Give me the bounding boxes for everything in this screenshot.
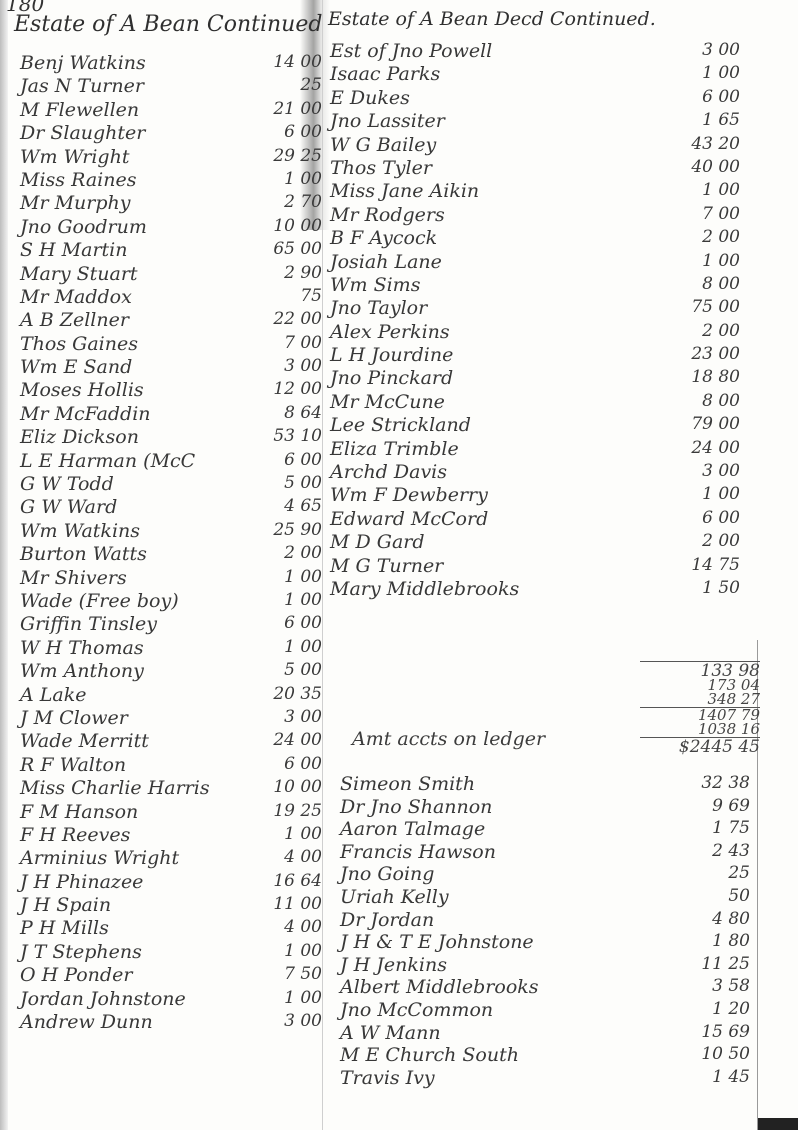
entry-amount: 1 00 bbox=[650, 484, 740, 504]
entry-name: L H Jourdine bbox=[330, 344, 453, 366]
entry-name: A W Mann bbox=[340, 1022, 441, 1044]
ledger-entry: Miss Raines1 00 bbox=[20, 169, 300, 192]
ledger-entry: Eliza Trimble24 00 bbox=[330, 438, 760, 461]
entry-amount: 19 25 bbox=[242, 801, 322, 821]
ledger-entry: Mr Maddox75 bbox=[20, 286, 300, 309]
entry-name: Uriah Kelly bbox=[340, 886, 449, 908]
ledger-entry: G W Todd5 00 bbox=[20, 473, 300, 496]
entry-name: Wm Anthony bbox=[20, 660, 144, 682]
ledger-entry: Miss Jane Aikin1 00 bbox=[330, 180, 760, 203]
entry-name: Miss Jane Aikin bbox=[330, 180, 479, 202]
entry-amount: 4 00 bbox=[242, 847, 322, 867]
entry-amount: 14 75 bbox=[650, 555, 740, 575]
ledger-amount: 1038 16 bbox=[640, 723, 760, 737]
entry-amount: 25 bbox=[242, 75, 322, 95]
ledger-entry: Mr Rodgers7 00 bbox=[330, 204, 760, 227]
entry-name: Est of Jno Powell bbox=[330, 40, 492, 62]
ledger-entry: Aaron Talmage1 75 bbox=[340, 818, 760, 841]
ledger-entry: J M Clower3 00 bbox=[20, 707, 300, 730]
entry-name: Dr Jno Shannon bbox=[340, 796, 492, 818]
ledger-entry: A W Mann15 69 bbox=[340, 1022, 760, 1045]
entry-amount: 8 64 bbox=[242, 403, 322, 423]
entry-amount: 24 00 bbox=[242, 730, 322, 750]
ledger-entry: F H Reeves1 00 bbox=[20, 824, 300, 847]
entry-amount: 22 00 bbox=[242, 309, 322, 329]
entry-name: O H Ponder bbox=[20, 964, 132, 986]
ledger-entry: G W Ward4 65 bbox=[20, 496, 300, 519]
ledger-entry: Thos Gaines7 00 bbox=[20, 333, 300, 356]
entry-amount: 6 00 bbox=[650, 508, 740, 528]
entry-amount: 1 00 bbox=[650, 180, 740, 200]
ledger-entry: R F Walton6 00 bbox=[20, 754, 300, 777]
ledger-entry: Wm Watkins25 90 bbox=[20, 520, 300, 543]
ledger-entry: Josiah Lane1 00 bbox=[330, 251, 760, 274]
entry-amount: 3 00 bbox=[242, 1011, 322, 1031]
entry-amount: 7 00 bbox=[242, 333, 322, 353]
entry-name: Thos Tyler bbox=[330, 157, 432, 179]
entry-amount: 16 64 bbox=[242, 871, 322, 891]
entry-amount: 20 35 bbox=[242, 684, 322, 704]
ledger-entry: Jno McCommon1 20 bbox=[340, 999, 760, 1022]
entry-name: Albert Middlebrooks bbox=[340, 976, 539, 998]
entry-name: J H Phinazee bbox=[20, 871, 143, 893]
entry-name: M E Church South bbox=[340, 1044, 519, 1066]
entry-amount: 2 00 bbox=[650, 321, 740, 341]
entry-name: Moses Hollis bbox=[20, 379, 144, 401]
entry-name: Wm Watkins bbox=[20, 520, 140, 542]
ledger-entry: Travis Ivy1 45 bbox=[340, 1067, 760, 1090]
entry-name: Mary Stuart bbox=[20, 263, 138, 285]
entry-name: R F Walton bbox=[20, 754, 126, 776]
entry-amount: 15 69 bbox=[660, 1022, 750, 1042]
entry-name: A Lake bbox=[20, 684, 86, 706]
entry-amount: 2 00 bbox=[650, 531, 740, 551]
entry-amount: 5 00 bbox=[242, 660, 322, 680]
ledger-entry: Jno Lassiter1 65 bbox=[330, 110, 760, 133]
ledger-entry: Wade (Free boy)1 00 bbox=[20, 590, 300, 613]
entry-amount: 4 00 bbox=[242, 917, 322, 937]
entry-amount: 2 70 bbox=[242, 192, 322, 212]
entry-name: Archd Davis bbox=[330, 461, 447, 483]
entry-amount: 14 00 bbox=[242, 52, 322, 72]
entry-amount: 3 00 bbox=[242, 356, 322, 376]
ledger-entry: L E Harman (McC6 00 bbox=[20, 450, 300, 473]
entry-name: Josiah Lane bbox=[330, 251, 442, 273]
ledger-entry: Mr Shivers1 00 bbox=[20, 567, 300, 590]
entry-amount: 1 00 bbox=[650, 63, 740, 83]
ledger-entry: E Dukes6 00 bbox=[330, 87, 760, 110]
entry-amount: 40 00 bbox=[650, 157, 740, 177]
entry-name: J M Clower bbox=[20, 707, 128, 729]
ledger-page: 180 Estate of A Bean Continued Estate of… bbox=[0, 0, 798, 1130]
entry-name: Wm F Dewberry bbox=[330, 484, 488, 506]
entry-name: Jno Goodrum bbox=[20, 216, 147, 238]
entry-amount: 8 00 bbox=[650, 391, 740, 411]
ledger-entry: Mr McFaddin8 64 bbox=[20, 403, 300, 426]
ledger-entry: Est of Jno Powell3 00 bbox=[330, 40, 760, 63]
entry-amount: 1 00 bbox=[242, 988, 322, 1008]
entry-name: P H Mills bbox=[20, 917, 109, 939]
entry-amount: 65 00 bbox=[242, 239, 322, 259]
ledger-entry: Miss Charlie Harris10 00 bbox=[20, 777, 300, 800]
entry-name: Wm E Sand bbox=[20, 356, 132, 378]
ledger-entry: Thos Tyler40 00 bbox=[330, 157, 760, 180]
entry-amount: 2 00 bbox=[242, 543, 322, 563]
subtotal-line: 348 27 bbox=[640, 693, 760, 707]
entry-amount: 75 bbox=[242, 286, 322, 306]
ledger-entry: M G Turner14 75 bbox=[330, 555, 760, 578]
entry-name: Alex Perkins bbox=[330, 321, 450, 343]
ledger-entry: Dr Jordan4 80 bbox=[340, 909, 760, 932]
scan-shadow bbox=[758, 1118, 798, 1130]
ledger-entry: F M Hanson19 25 bbox=[20, 801, 300, 824]
entry-amount: 11 00 bbox=[242, 894, 322, 914]
right-entries-after-total: Simeon Smith32 38Dr Jno Shannon9 69Aaron… bbox=[340, 773, 760, 1089]
ledger-entry: Jordan Johnstone1 00 bbox=[20, 988, 300, 1011]
entry-amount: 12 00 bbox=[242, 379, 322, 399]
entry-name: Jordan Johnstone bbox=[20, 988, 186, 1010]
ledger-entry: W G Bailey43 20 bbox=[330, 134, 760, 157]
ledger-entry: Burton Watts2 00 bbox=[20, 543, 300, 566]
entry-name: J H & T E Johnstone bbox=[340, 931, 534, 953]
ledger-entry: Lee Strickland79 00 bbox=[330, 414, 760, 437]
entry-name: Eliz Dickson bbox=[20, 426, 139, 448]
entry-name: Jno Lassiter bbox=[330, 110, 445, 132]
ledger-entry: Archd Davis3 00 bbox=[330, 461, 760, 484]
ledger-entry: Mary Middlebrooks1 50 bbox=[330, 578, 760, 601]
ledger-entry: Jno Taylor75 00 bbox=[330, 297, 760, 320]
right-heading: Estate of A Bean Decd Continued. bbox=[328, 8, 656, 30]
entry-amount: 1 45 bbox=[660, 1067, 750, 1087]
entry-amount: 1 00 bbox=[242, 941, 322, 961]
entry-amount: 10 00 bbox=[242, 216, 322, 236]
entry-name: Travis Ivy bbox=[340, 1067, 435, 1089]
ledger-entry: B F Aycock2 00 bbox=[330, 227, 760, 250]
entry-amount: 1 00 bbox=[242, 590, 322, 610]
ledger-entry: Edward McCord6 00 bbox=[330, 508, 760, 531]
entry-name: M D Gard bbox=[330, 531, 425, 553]
page-edge bbox=[0, 0, 8, 1130]
ledger-entry: Benj Watkins14 00 bbox=[20, 52, 300, 75]
entry-name: A B Zellner bbox=[20, 309, 129, 331]
entry-amount: 1 00 bbox=[242, 169, 322, 189]
entry-amount: 2 00 bbox=[650, 227, 740, 247]
entry-amount: 79 00 bbox=[650, 414, 740, 434]
entry-amount: 8 00 bbox=[650, 274, 740, 294]
ledger-label: Amt accts on ledger bbox=[352, 728, 545, 750]
ledger-entry: Mr McCune8 00 bbox=[330, 391, 760, 414]
entry-amount: 50 bbox=[660, 886, 750, 906]
ledger-entry: W H Thomas1 00 bbox=[20, 637, 300, 660]
ledger-entry: Jas N Turner25 bbox=[20, 75, 300, 98]
ledger-entry: Mary Stuart2 90 bbox=[20, 263, 300, 286]
ledger-entry: Isaac Parks1 00 bbox=[330, 63, 760, 86]
ledger-entry: M E Church South10 50 bbox=[340, 1044, 760, 1067]
entry-name: W H Thomas bbox=[20, 637, 144, 659]
ledger-entry: A B Zellner22 00 bbox=[20, 309, 300, 332]
ledger-entry: Eliz Dickson53 10 bbox=[20, 426, 300, 449]
entry-amount: 32 38 bbox=[660, 773, 750, 793]
entry-amount: 11 25 bbox=[660, 954, 750, 974]
entry-amount: 6 00 bbox=[242, 613, 322, 633]
ledger-entry: J H & T E Johnstone1 80 bbox=[340, 931, 760, 954]
entry-name: L E Harman (McC bbox=[20, 450, 195, 472]
entry-amount: 1 00 bbox=[242, 824, 322, 844]
ledger-entry: J H Spain11 00 bbox=[20, 894, 300, 917]
entry-amount: 29 25 bbox=[242, 146, 322, 166]
ledger-entry: J H Phinazee16 64 bbox=[20, 871, 300, 894]
entry-name: Burton Watts bbox=[20, 543, 147, 565]
left-entries: Benj Watkins14 00Jas N Turner25M Flewell… bbox=[20, 52, 300, 1034]
left-heading: Estate of A Bean Continued bbox=[14, 12, 322, 37]
ledger-entry: Wade Merritt24 00 bbox=[20, 730, 300, 753]
ledger-entry: Wm F Dewberry1 00 bbox=[330, 484, 760, 507]
entry-name: M Flewellen bbox=[20, 99, 139, 121]
entry-name: G W Todd bbox=[20, 473, 114, 495]
ledger-entry: Alex Perkins2 00 bbox=[330, 321, 760, 344]
entry-name: Wade (Free boy) bbox=[20, 590, 179, 612]
entry-amount: 1 80 bbox=[660, 931, 750, 951]
grand-total: $2445 45 bbox=[640, 739, 760, 755]
ledger-entry: P H Mills4 00 bbox=[20, 917, 300, 940]
entry-name: Dr Jordan bbox=[340, 909, 434, 931]
entry-amount: 1 00 bbox=[242, 567, 322, 587]
entry-amount: 6 00 bbox=[650, 87, 740, 107]
entry-amount: 4 65 bbox=[242, 496, 322, 516]
entry-amount: 25 90 bbox=[242, 520, 322, 540]
ledger-entry: Dr Slaughter6 00 bbox=[20, 122, 300, 145]
ledger-entry: Jno Goodrum10 00 bbox=[20, 216, 300, 239]
entry-amount: 3 00 bbox=[650, 461, 740, 481]
entry-amount: 24 00 bbox=[650, 438, 740, 458]
entry-name: Isaac Parks bbox=[330, 63, 440, 85]
entry-amount: 1 50 bbox=[650, 578, 740, 598]
entry-amount: 18 80 bbox=[650, 367, 740, 387]
ledger-entry: M Flewellen21 00 bbox=[20, 99, 300, 122]
entry-name: W G Bailey bbox=[330, 134, 436, 156]
ledger-entry: J H Jenkins11 25 bbox=[340, 954, 760, 977]
entry-name: Mr Rodgers bbox=[330, 204, 445, 226]
entry-name: F H Reeves bbox=[20, 824, 130, 846]
entry-amount: 7 50 bbox=[242, 964, 322, 984]
entry-amount: 3 58 bbox=[660, 976, 750, 996]
entry-amount: 43 20 bbox=[650, 134, 740, 154]
ledger-entry: O H Ponder7 50 bbox=[20, 964, 300, 987]
entry-name: Jas N Turner bbox=[20, 75, 144, 97]
entry-name: J T Stephens bbox=[20, 941, 142, 963]
ledger-entry: Wm Wright29 25 bbox=[20, 146, 300, 169]
entry-name: Miss Raines bbox=[20, 169, 136, 191]
entry-name: Mr Maddox bbox=[20, 286, 132, 308]
ledger-entry: Jno Going25 bbox=[340, 863, 760, 886]
entry-name: S H Martin bbox=[20, 239, 127, 261]
entry-amount: 10 00 bbox=[242, 777, 322, 797]
column-divider bbox=[322, 0, 323, 1130]
entry-name: E Dukes bbox=[330, 87, 410, 109]
entry-name: Francis Hawson bbox=[340, 841, 496, 863]
entry-name: J H Jenkins bbox=[340, 954, 447, 976]
entry-amount: 75 00 bbox=[650, 297, 740, 317]
totals-block: 133 98 173 04 348 27 1407 79 1038 16 $24… bbox=[640, 660, 760, 755]
entry-name: M G Turner bbox=[330, 555, 443, 577]
ledger-entry: M D Gard2 00 bbox=[330, 531, 760, 554]
entry-amount: 23 00 bbox=[650, 344, 740, 364]
entry-amount: 6 00 bbox=[242, 450, 322, 470]
ledger-entry: Uriah Kelly50 bbox=[340, 886, 760, 909]
ledger-entry: Mr Murphy2 70 bbox=[20, 192, 300, 215]
ledger-entry: Jno Pinckard18 80 bbox=[330, 367, 760, 390]
entry-name: Thos Gaines bbox=[20, 333, 138, 355]
ledger-entry: Wm Anthony5 00 bbox=[20, 660, 300, 683]
entry-name: F M Hanson bbox=[20, 801, 138, 823]
entry-amount: 25 bbox=[660, 863, 750, 883]
entry-name: Mr McCune bbox=[330, 391, 445, 413]
entry-name: Griffin Tinsley bbox=[20, 613, 157, 635]
entry-name: Edward McCord bbox=[330, 508, 488, 530]
entry-amount: 21 00 bbox=[242, 99, 322, 119]
entry-amount: 53 10 bbox=[242, 426, 322, 446]
ledger-entry: Andrew Dunn3 00 bbox=[20, 1011, 300, 1034]
entry-amount: 3 00 bbox=[650, 40, 740, 60]
entry-name: Mr Shivers bbox=[20, 567, 127, 589]
entry-name: Wm Wright bbox=[20, 146, 129, 168]
entry-amount: 1 65 bbox=[650, 110, 740, 130]
entry-name: Eliza Trimble bbox=[330, 438, 459, 460]
ledger-entry: Simeon Smith32 38 bbox=[340, 773, 760, 796]
entry-name: Wade Merritt bbox=[20, 730, 149, 752]
right-entries: Est of Jno Powell3 00Isaac Parks1 00E Du… bbox=[330, 40, 760, 601]
entry-name: Dr Slaughter bbox=[20, 122, 145, 144]
entry-name: Jno McCommon bbox=[340, 999, 493, 1021]
entry-name: B F Aycock bbox=[330, 227, 437, 249]
entry-amount: 6 00 bbox=[242, 122, 322, 142]
ledger-entry: S H Martin65 00 bbox=[20, 239, 300, 262]
entry-amount: 2 43 bbox=[660, 841, 750, 861]
ledger-entry: Albert Middlebrooks3 58 bbox=[340, 976, 760, 999]
entry-name: Simeon Smith bbox=[340, 773, 475, 795]
entry-name: Jno Going bbox=[340, 863, 434, 885]
ledger-entry: Griffin Tinsley6 00 bbox=[20, 613, 300, 636]
ledger-entry: Arminius Wright4 00 bbox=[20, 847, 300, 870]
entry-amount: 3 00 bbox=[242, 707, 322, 727]
entry-amount: 1 00 bbox=[242, 637, 322, 657]
ledger-entry: Francis Hawson2 43 bbox=[340, 841, 760, 864]
entry-name: G W Ward bbox=[20, 496, 117, 518]
ledger-entry: A Lake20 35 bbox=[20, 684, 300, 707]
ledger-entry: Wm Sims8 00 bbox=[330, 274, 760, 297]
entry-amount: 5 00 bbox=[242, 473, 322, 493]
entry-name: Mr Murphy bbox=[20, 192, 130, 214]
entry-name: Mary Middlebrooks bbox=[330, 578, 519, 600]
ledger-entry: Wm E Sand3 00 bbox=[20, 356, 300, 379]
entry-amount: 9 69 bbox=[660, 796, 750, 816]
entry-amount: 7 00 bbox=[650, 204, 740, 224]
entry-amount: 1 75 bbox=[660, 818, 750, 838]
entry-amount: 1 00 bbox=[650, 251, 740, 271]
entry-name: Jno Pinckard bbox=[330, 367, 453, 389]
ledger-entry: Moses Hollis12 00 bbox=[20, 379, 300, 402]
entry-name: Jno Taylor bbox=[330, 297, 427, 319]
entry-name: J H Spain bbox=[20, 894, 111, 916]
entry-name: Arminius Wright bbox=[20, 847, 179, 869]
ledger-entry: L H Jourdine23 00 bbox=[330, 344, 760, 367]
ledger-entry: J T Stephens1 00 bbox=[20, 941, 300, 964]
entry-name: Wm Sims bbox=[330, 274, 420, 296]
entry-amount: 1 20 bbox=[660, 999, 750, 1019]
entry-name: Miss Charlie Harris bbox=[20, 777, 210, 799]
entry-amount: 2 90 bbox=[242, 263, 322, 283]
entry-name: Aaron Talmage bbox=[340, 818, 485, 840]
entry-amount: 4 80 bbox=[660, 909, 750, 929]
entry-name: Andrew Dunn bbox=[20, 1011, 153, 1033]
entry-name: Benj Watkins bbox=[20, 52, 146, 74]
entry-amount: 6 00 bbox=[242, 754, 322, 774]
entry-amount: 10 50 bbox=[660, 1044, 750, 1064]
ledger-entry: Dr Jno Shannon9 69 bbox=[340, 796, 760, 819]
entry-name: Mr McFaddin bbox=[20, 403, 151, 425]
entry-name: Lee Strickland bbox=[330, 414, 471, 436]
